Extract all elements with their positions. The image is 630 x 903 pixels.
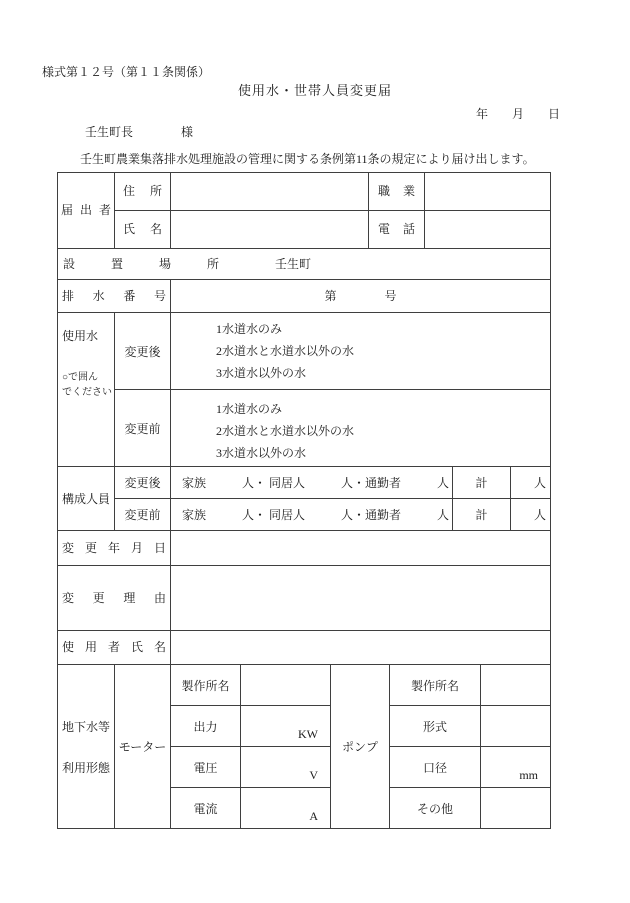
water-option-3: 3水道水以外の水	[216, 362, 550, 384]
water-option-2: 2水道水と水道水以外の水	[216, 340, 550, 362]
members-after-label: 変更後	[115, 467, 171, 499]
members-before-label: 変更前	[115, 499, 171, 531]
page-title: 使用水・世帯人員変更届	[0, 80, 630, 99]
change-reason-row: 変更理由	[58, 566, 551, 631]
water-option-3: 3水道水以外の水	[216, 442, 550, 464]
water-section: 使用水 ○で囲ん でください 変更後 1水道水のみ 2水道水と水道水以外の水 3…	[58, 313, 551, 467]
change-date-row: 変更年月日	[58, 531, 551, 566]
groundwater-label-line1: 地下水等	[62, 718, 110, 735]
water-option-1: 1水道水のみ	[216, 398, 550, 420]
change-date-value-cell	[171, 531, 551, 566]
occupation-value-cell	[425, 173, 551, 211]
water-note: ○で囲ん でください	[62, 370, 112, 400]
user-name-label: 使用者氏名	[58, 631, 171, 665]
change-reason-label: 変更理由	[58, 566, 171, 631]
water-option-2: 2水道水と水道水以外の水	[216, 420, 550, 442]
change-date-label: 変更年月日	[58, 531, 171, 566]
motor-voltage-label: 電圧	[171, 747, 241, 788]
form-number: 様式第１２号（第１１条関係）	[42, 63, 210, 80]
members-total-unit: 人	[511, 467, 551, 499]
occupation-label: 職 業	[369, 173, 425, 211]
pump-label: ポンプ	[331, 665, 390, 829]
water-rows: 変更後 1水道水のみ 2水道水と水道水以外の水 3水道水以外の水 変更前 1水道…	[115, 313, 551, 467]
motor-current-unit: A	[241, 788, 331, 829]
members-rows: 変更後 家族 人・ 同居人 人・通勤者 人 計 人 変更前 家族 人・ 同居人 …	[115, 467, 551, 531]
members-total-label: 計	[453, 499, 511, 531]
water-note-line2: でください	[62, 385, 112, 400]
drain-number-value-cell: 第 号	[171, 280, 551, 313]
applicant-fields: 住 所 職 業 氏 名 電 話	[115, 173, 551, 249]
pump-maker-value-cell	[481, 665, 551, 706]
location-value: 壬生町	[275, 257, 311, 271]
motor-current-label: 電流	[171, 788, 241, 829]
user-name-row: 使用者氏名	[58, 631, 551, 665]
motor-maker-value-cell	[241, 665, 331, 706]
motor-voltage-unit: V	[241, 747, 331, 788]
location-label: 設 置 場 所	[63, 257, 219, 271]
drain-number-label: 排水番号	[58, 280, 171, 313]
pump-model-label: 形式	[390, 706, 481, 747]
members-total-label: 計	[453, 467, 511, 499]
addressee: 壬生町長 様	[85, 123, 193, 140]
water-after-options: 1水道水のみ 2水道水と水道水以外の水 3水道水以外の水	[171, 313, 551, 390]
motor-output-unit: KW	[241, 706, 331, 747]
change-reason-value-cell	[171, 566, 551, 631]
water-before-label: 変更前	[115, 390, 171, 467]
water-before-options: 1水道水のみ 2水道水と水道水以外の水 3水道水以外の水	[171, 390, 551, 467]
motor-output-label: 出力	[171, 706, 241, 747]
location-row: 設 置 場 所壬生町	[58, 249, 551, 280]
members-section: 構成人員 変更後 家族 人・ 同居人 人・通勤者 人 計 人 変更前 家族 人・…	[58, 467, 551, 531]
address-value-cell	[171, 173, 369, 211]
groundwater-section: 地下水等 利用形態 モーター 製作所名 出力 KW 電圧 V 電流	[58, 665, 551, 829]
applicant-label: 届 出 者	[58, 173, 115, 249]
groundwater-label-line2: 利用形態	[62, 759, 110, 776]
pump-maker-label: 製作所名	[390, 665, 481, 706]
members-total-unit: 人	[511, 499, 551, 531]
address-label: 住 所	[115, 173, 171, 211]
applicant-section: 届 出 者 住 所 職 業 氏 名 電 話	[58, 173, 551, 249]
motor-rows: 製作所名 出力 KW 電圧 V 電流 A	[171, 665, 331, 829]
motor-maker-label: 製作所名	[171, 665, 241, 706]
drain-number-row: 排水番号 第 号	[58, 280, 551, 313]
pump-model-value-cell	[481, 706, 551, 747]
name-value-cell	[171, 211, 369, 249]
water-option-1: 1水道水のみ	[216, 318, 550, 340]
name-label: 氏 名	[115, 211, 171, 249]
water-note-line1: ○で囲ん	[62, 370, 112, 385]
form-table: 届 出 者 住 所 職 業 氏 名 電 話 設 置 場 所	[57, 172, 551, 829]
intro-sentence: 壬生町農業集落排水処理施設の管理に関する条例第11条の規定により届け出します。	[80, 150, 535, 167]
pump-diameter-label: 口径	[390, 747, 481, 788]
members-after-detail: 家族 人・ 同居人 人・通勤者 人	[171, 467, 453, 499]
date-line: 年 月 日	[476, 105, 560, 122]
user-name-value-cell	[171, 631, 551, 665]
groundwater-label-cell: 地下水等 利用形態	[58, 665, 115, 829]
pump-other-value-cell	[481, 788, 551, 829]
water-label: 使用水	[62, 327, 112, 344]
members-label: 構成人員	[58, 467, 115, 531]
pump-diameter-unit: mm	[481, 747, 551, 788]
form-document-page: 様式第１２号（第１１条関係） 使用水・世帯人員変更届 年 月 日 壬生町長 様 …	[0, 0, 630, 903]
location-cell: 設 置 場 所壬生町	[58, 249, 551, 280]
phone-label: 電 話	[369, 211, 425, 249]
water-label-cell: 使用水 ○で囲ん でください	[58, 313, 115, 467]
pump-rows: 製作所名 形式 口径 mm その他	[390, 665, 551, 829]
motor-label: モーター	[115, 665, 171, 829]
pump-other-label: その他	[390, 788, 481, 829]
phone-value-cell	[425, 211, 551, 249]
members-before-detail: 家族 人・ 同居人 人・通勤者 人	[171, 499, 453, 531]
water-after-label: 変更後	[115, 313, 171, 390]
